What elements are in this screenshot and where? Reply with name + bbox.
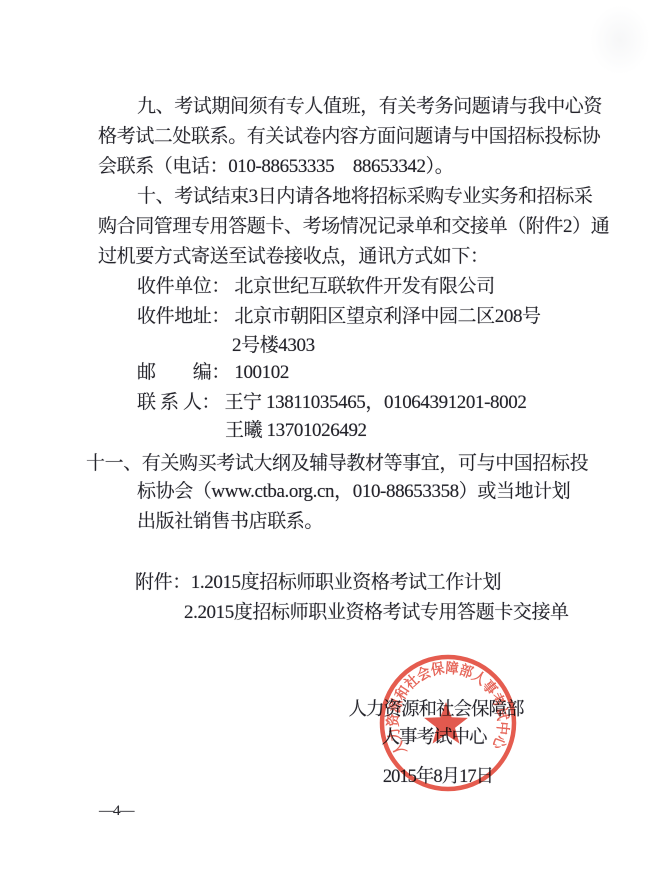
official-seal: 人力资源和社会保障部人事考试中心 (373, 648, 523, 798)
attachment-line1: 附件：1.2015度招标师职业资格考试工作计划 (135, 568, 501, 598)
scanned-document-page: 九、考试期间须有专人值班，有关考务问题请与我中心资 格考试二处联系。有关试卷内容… (0, 0, 650, 890)
attachment-line2: 2.2015度招标师职业资格考试专用答题卡交接单 (184, 598, 569, 628)
seal-star-icon (424, 702, 468, 744)
contact-person-line2: 王曦 13701026492 (225, 416, 367, 446)
contact-person-line1: 联 系 人： 王宁 13811035465，01064391201-8002 (137, 388, 526, 418)
item11-line1: 十一、有关购买考试大纲及辅导教材等事宜，可与中国招标投 (86, 449, 588, 479)
recipient-org-line: 收件单位： 北京世纪互联软件开发有限公司 (137, 272, 495, 302)
item9-line1: 九、考试期间须有专人值班，有关考务问题请与我中心资 (137, 92, 602, 122)
item9-line2: 格考试二处联系。有关试卷内容方面问题请与中国招标投标协 (98, 122, 600, 152)
item10-line1: 十、考试结束3日内请各地将招标采购专业实务和招标采 (137, 182, 593, 212)
item11-line2: 标协会（www.ctba.org.cn，010-88653358）或当地计划 (137, 477, 570, 507)
item10-line3: 过机要方式寄送至试卷接收点，通讯方式如下： (98, 242, 489, 272)
item10-line2: 购合同管理专用答题卡、考场情况记录单和交接单（附件2）通 (98, 212, 609, 242)
item11-line3: 出版社销售书店联系。 (137, 507, 323, 537)
recipient-address-line1: 收件地址： 北京市朝阳区望京利泽中园二区208号 (137, 302, 541, 332)
page-number: —4— (99, 800, 134, 822)
recipient-address-line2: 2号楼4303 (232, 331, 315, 361)
item9-line3: 会联系（电话：010-88653335 88653342）。 (98, 152, 453, 182)
postal-code-line: 邮 编： 100102 (137, 358, 289, 388)
scan-smudge (590, 5, 650, 75)
